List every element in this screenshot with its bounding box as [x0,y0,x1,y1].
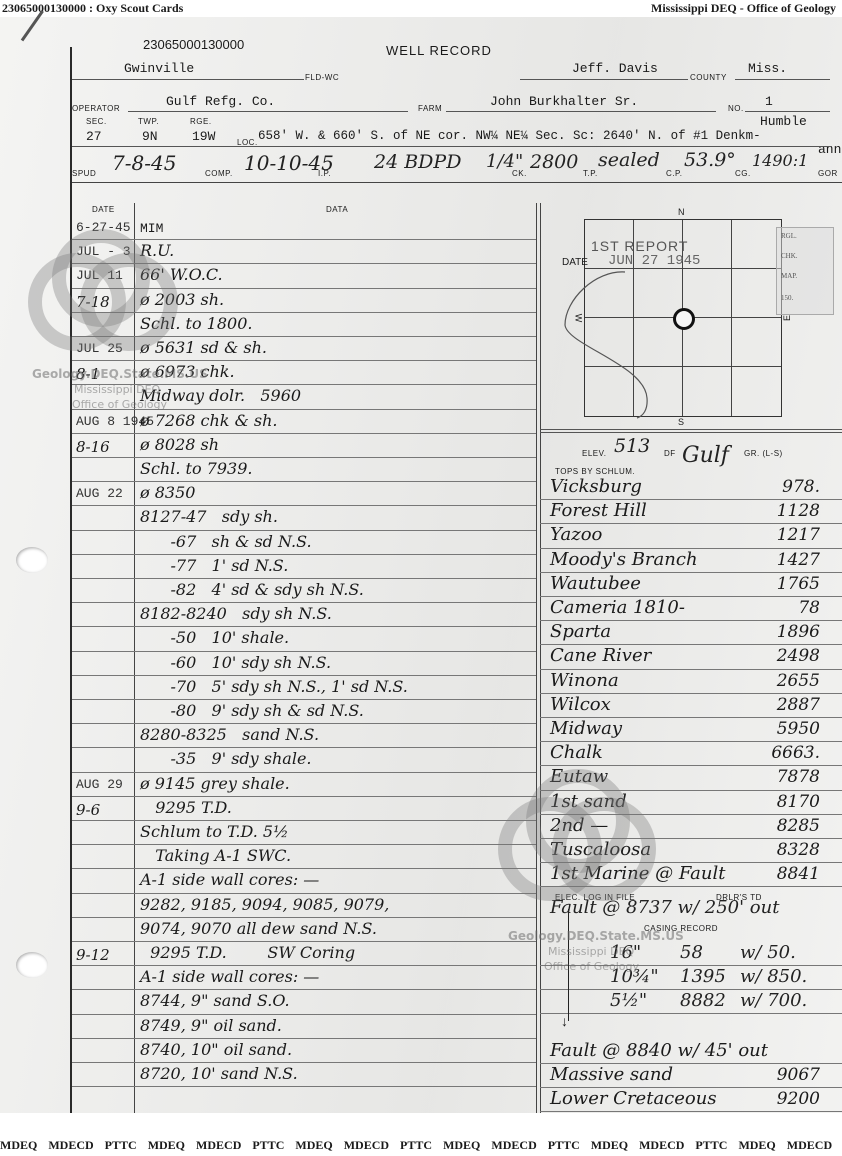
row-rule [72,796,536,797]
loc-extra-top: Humble [760,114,807,129]
county-label: COUNTY [690,73,727,82]
table-row-data: ø 9145 grey shale. [140,774,290,793]
formation-top-name: 1st Marine @ Fault [550,863,725,884]
field-label: FLD-WC [305,73,339,82]
farm-label: FARM [418,104,442,113]
ip-label: I.P. [318,169,331,178]
county-value: Jeff. Davis [572,61,658,76]
formation-top-depth: 78 [798,598,820,618]
row-rule [72,772,536,773]
formation-top-name: Wautubee [550,573,641,594]
table-row-date: JUL 25 [72,341,136,356]
table-row-date: 9-6 [72,801,136,819]
footer-item: MDEQ [295,1138,332,1152]
formation-top-name: Wilcox [550,694,611,715]
formation-top-name: Midway [550,718,622,739]
date-header: DATE [92,205,115,214]
underline [520,79,688,80]
elev-value: 513 [614,435,650,457]
document-id-title: 23065000130000 : Oxy Scout Cards [2,1,183,16]
table-row-data: -77 1' sd N.S. [140,556,288,575]
table-row-data: -50 10' shale. [140,628,289,647]
formation-top-depth: 1427 [777,550,820,570]
formation-top-depth: 2498 [777,646,820,666]
row-rule [72,626,536,627]
date-column-divider [134,203,135,1113]
formation-top-depth: 8841 [777,864,820,884]
table-row-data: Midway dolr. 5960 [140,386,301,405]
formation-top-depth: 8285 [777,816,820,836]
casing-sacks: w/ 850. [740,966,807,987]
row-rule [72,360,536,361]
cp-label: C.P. [666,169,683,178]
formation-top-depth: 6663. [771,743,820,763]
formation-top-depth: 5950 [777,719,820,739]
review-stamp: RGL. CHK. MAP. 150. [776,227,834,315]
gor-label: GOR [818,169,838,178]
cg-label: CG. [735,169,751,178]
row-rule [72,651,536,652]
footer-item: MDECD [491,1138,536,1152]
page-header: 23065000130000 : Oxy Scout Cards Mississ… [0,0,842,16]
cp-value: sealed [598,149,660,171]
table-row-data: A-1 side wall cores: — [140,967,319,986]
stamp-line: 150. [781,294,793,302]
gr-label: GR. (L-S) [744,449,783,458]
formation-top-depth: 1217 [777,525,820,545]
underline [745,111,830,112]
table-row-data: -80 9' sdy sh & sd N.S. [140,701,364,720]
bottom-note-name: Massive sand [550,1064,673,1085]
row-rule [72,602,536,603]
row-rule [72,578,536,579]
df-label: DF [664,449,676,458]
table-row-data: Schl. to 7939. [140,459,252,478]
table-row-data: ø 8028 sh [140,435,219,454]
row-rule [72,1086,536,1087]
header-rule [72,182,842,183]
casing-depth: 8882 [680,990,726,1011]
formation-top-name: Eutaw [550,766,608,787]
formation-top-depth: 8328 [777,840,820,860]
table-row-date: 7-18 [72,293,136,311]
no-value: 1 [765,94,773,109]
row-rule [72,481,536,482]
row-rule [72,505,536,506]
row-rule [72,457,536,458]
rge-value: 19W [192,129,215,144]
table-row-data: 9074, 9070 all dew sand N.S. [140,919,377,938]
api-number: 23065000130000 [143,37,244,52]
table-row-data: -35 9' sdy shale. [140,749,312,768]
fault-note: Fault @ 8737 w/ 250' out [550,897,779,918]
state-value: Miss. [748,61,787,76]
footer-item: MDEQ [0,1138,37,1152]
table-row-date: 6-27-45 [72,220,136,235]
table-row-data: Schl. to 1800. [140,314,252,333]
table-row-date: AUG 8 1945 [72,414,136,429]
comp-label: COMP. [205,169,233,178]
table-row-date: 9-12 [72,946,136,964]
footer-item: MDEQ [148,1138,185,1152]
plat-rule [540,432,842,433]
formation-top-name: Cameria 1810- [550,597,685,618]
plat-rule [540,429,842,430]
arrow-line [568,909,569,1021]
formation-top-name: 2nd — [550,815,608,836]
table-row-date: JUL 11 [72,268,136,283]
loc-extra-bottom: ann [818,142,841,157]
tp-value: 2800 [530,151,578,173]
data-header: DATA [326,205,348,214]
table-row-data: 8182-8240 sdy sh N.S. [140,604,332,623]
table-row-date: AUG 22 [72,486,136,501]
casing-size: 16" [610,942,641,963]
operator-label: OPERATOR [72,104,120,113]
bottom-note-depth: 9067 [777,1065,820,1085]
agency-title: Mississippi DEQ - Office of Geology [651,1,836,16]
footer-agencies: MDEQMDECDPTTCMDEQMDECDPTTCMDEQMDECDPTTCM… [0,1138,842,1153]
table-row-data: MIM [140,221,163,236]
formation-top-depth: 2887 [777,695,820,715]
table-row-date: 8-1 [72,365,136,383]
formation-top-depth: 8170 [777,792,820,812]
table-row-data: ø 6973 chk. [140,362,235,381]
table-row-data: Schlum to T.D. 5½ [140,822,289,841]
formation-top-depth: 978. [782,477,820,497]
east-label: E [782,315,792,321]
gor-value: 1490:1 [752,151,808,170]
loc-value: 658' W. & 660' S. of NE cor. NW¼ NE¼ Sec… [258,129,761,143]
down-arrow-icon: ↓ [561,1013,568,1029]
row-rule [72,530,536,531]
row-rule [540,1013,842,1014]
ip-value: 24 BDPD [374,151,461,173]
row-rule [72,1038,536,1039]
formation-top-name: Cane River [550,645,651,666]
row-rule [540,1111,842,1112]
row-rule [72,336,536,337]
sec-value: 27 [86,129,102,144]
underline [735,79,830,80]
spud-value: 7-8-45 [112,151,176,175]
punch-hole-icon [16,952,48,978]
north-label: N [678,207,685,217]
row-rule [72,675,536,676]
row-rule [72,312,536,313]
ck-label: CK. [512,169,527,178]
formation-top-name: Tuscaloosa [550,839,651,860]
footer-item: MDECD [344,1138,389,1152]
stamp-date-label: DATE [562,257,588,268]
bottom-note-name: Lower Cretaceous [550,1088,717,1109]
spud-label: SPUD [72,169,96,178]
formation-top-name: 1st sand [550,791,627,812]
table-row-data: Taking A-1 SWC. [140,846,291,865]
formation-top-name: Moody's Branch [550,549,698,570]
footer-item: MDECD [787,1138,832,1152]
elev-label: ELEV. [582,449,606,458]
row-rule [72,409,536,410]
well-location-icon [673,308,695,330]
casing-size: 5½" [610,990,647,1011]
table-row-data: 9295 T.D. [140,798,232,817]
operator-value: Gulf Refg. Co. [166,94,275,109]
table-row-data: 8127-47 sdy sh. [140,507,278,526]
table-row-data: -82 4' sd & sdy sh N.S. [140,580,364,599]
formation-top-name: Yazoo [550,524,602,545]
footer-item: MDECD [48,1138,93,1152]
table-row-date: 8-16 [72,438,136,456]
stamp-line: RGL. [781,232,797,240]
formation-top-name: Sparta [550,621,611,642]
row-rule [72,941,536,942]
table-row-data: 8720, 10' sand N.S. [140,1064,298,1083]
underline [72,79,304,80]
report-stamp: 1ST REPORT [591,238,688,254]
table-row-data: 9295 T.D. SW Coring [140,943,355,962]
table-row-data: -60 10' sdy sh N.S. [140,653,331,672]
table-row-data: 66' W.O.C. [140,265,223,284]
twp-value: 9N [142,129,158,144]
tops-label: TOPS BY SCHLUM. [555,467,635,476]
formation-top-name: Vicksburg [550,476,642,497]
formation-top-name: Winona [550,670,619,691]
table-row-date: AUG 29 [72,777,136,792]
footer-item: MDEQ [443,1138,480,1152]
table-row-data: 8740, 10" oil sand. [140,1040,292,1059]
table-row-data: ø 7268 chk & sh. [140,411,278,430]
casing-depth: 58 [680,942,703,963]
row-rule [72,433,536,434]
table-row-data: ø 8350 [140,483,195,502]
casing-sacks: w/ 700. [740,990,807,1011]
location-plat: 1ST REPORT [584,219,782,417]
table-row-data: -70 5' sdy sh N.S., 1' sd N.S. [140,677,408,696]
formation-top-name: Forest Hill [550,500,647,521]
stamp-line: MAP. [781,272,797,280]
row-rule [72,747,536,748]
row-rule [72,699,536,700]
row-rule [72,1062,536,1063]
row-rule [72,844,536,845]
table-row-data: R.U. [140,241,174,260]
sec-label: SEC. [86,117,107,126]
gravity-value: 53.9° [684,149,736,171]
formation-top-depth: 2655 [777,671,820,691]
row-rule [72,288,536,289]
bottom-note-depth: 9200 [777,1089,820,1109]
formation-top-depth: 1765 [777,574,820,594]
casing-record-label: CASING RECORD [644,924,718,933]
grid-line [731,220,732,416]
footer-item: PTTC [400,1138,432,1152]
footer-item: MDEQ [591,1138,628,1152]
casing-sacks: w/ 50. [740,942,796,963]
no-label: NO. [728,104,744,113]
footer-item: MDEQ [738,1138,775,1152]
row-rule [72,989,536,990]
field-value: Gwinville [124,61,194,76]
formation-top-depth: 1128 [777,501,820,521]
punch-hole-icon [16,547,48,573]
stamp-date: JUN 27 1945 [608,253,700,269]
table-row-data: 8744, 9" sand S.O. [140,991,290,1010]
table-row-data: 9282, 9185, 9094, 9085, 9079, [140,895,389,914]
footer-item: PTTC [105,1138,137,1152]
farm-value: John Burkhalter Sr. [490,94,638,109]
elev-note: Gulf [682,443,729,468]
row-rule [72,239,536,240]
data-table: DATE DATA 6-27-45MIMJUL - 3R.U.JUL 1166'… [72,203,536,1113]
row-rule [72,820,536,821]
table-row-date: JUL - 3 [72,244,136,259]
casing-depth: 1395 [680,966,726,987]
row-rule [72,917,536,918]
row-rule [540,886,842,887]
row-rule [72,893,536,894]
formation-top-depth: 7878 [777,767,820,787]
row-rule [72,554,536,555]
formation-top-name: Chalk [550,742,603,763]
table-row-data: -67 sh & sd N.S. [140,532,312,551]
sketch-curve [555,270,655,420]
twp-label: TWP. [138,117,159,126]
footer-item: PTTC [252,1138,284,1152]
table-row-data: 8749, 9" oil sand. [140,1016,282,1035]
footer-item: MDECD [639,1138,684,1152]
row-rule [72,868,536,869]
row-rule [72,1014,536,1015]
west-label: W [573,314,583,323]
formation-top-depth: 1896 [777,622,820,642]
underline [128,111,408,112]
row-rule [72,384,536,385]
casing-size: 10¾" [610,966,659,987]
table-row-data: ø 5631 sd & sh. [140,338,267,357]
stamp-line: CHK. [781,252,798,260]
bottom-note-name: Fault @ 8840 w/ 45' out [550,1040,768,1061]
footer-item: PTTC [695,1138,727,1152]
footer-item: PTTC [548,1138,580,1152]
well-record-sheet: 23065000130000 WELL RECORD Gwinville FLD… [0,17,842,1113]
table-row-data: ø 2003 sh. [140,290,224,309]
underline [72,146,832,147]
rge-label: RGE. [190,117,212,126]
row-rule [72,723,536,724]
table-row-data: 8280-8325 sand N.S. [140,725,319,744]
form-title: WELL RECORD [386,43,492,58]
footer-item: MDECD [196,1138,241,1152]
underline [446,111,716,112]
right-panel: N 1ST REPORT DATE JUN 27 1945 W E S ELEV… [540,203,842,1113]
tp-label: T.P. [583,169,598,178]
table-row-data: A-1 side wall cores: — [140,870,319,889]
row-rule [72,965,536,966]
south-label: S [678,417,684,427]
row-rule [72,263,536,264]
